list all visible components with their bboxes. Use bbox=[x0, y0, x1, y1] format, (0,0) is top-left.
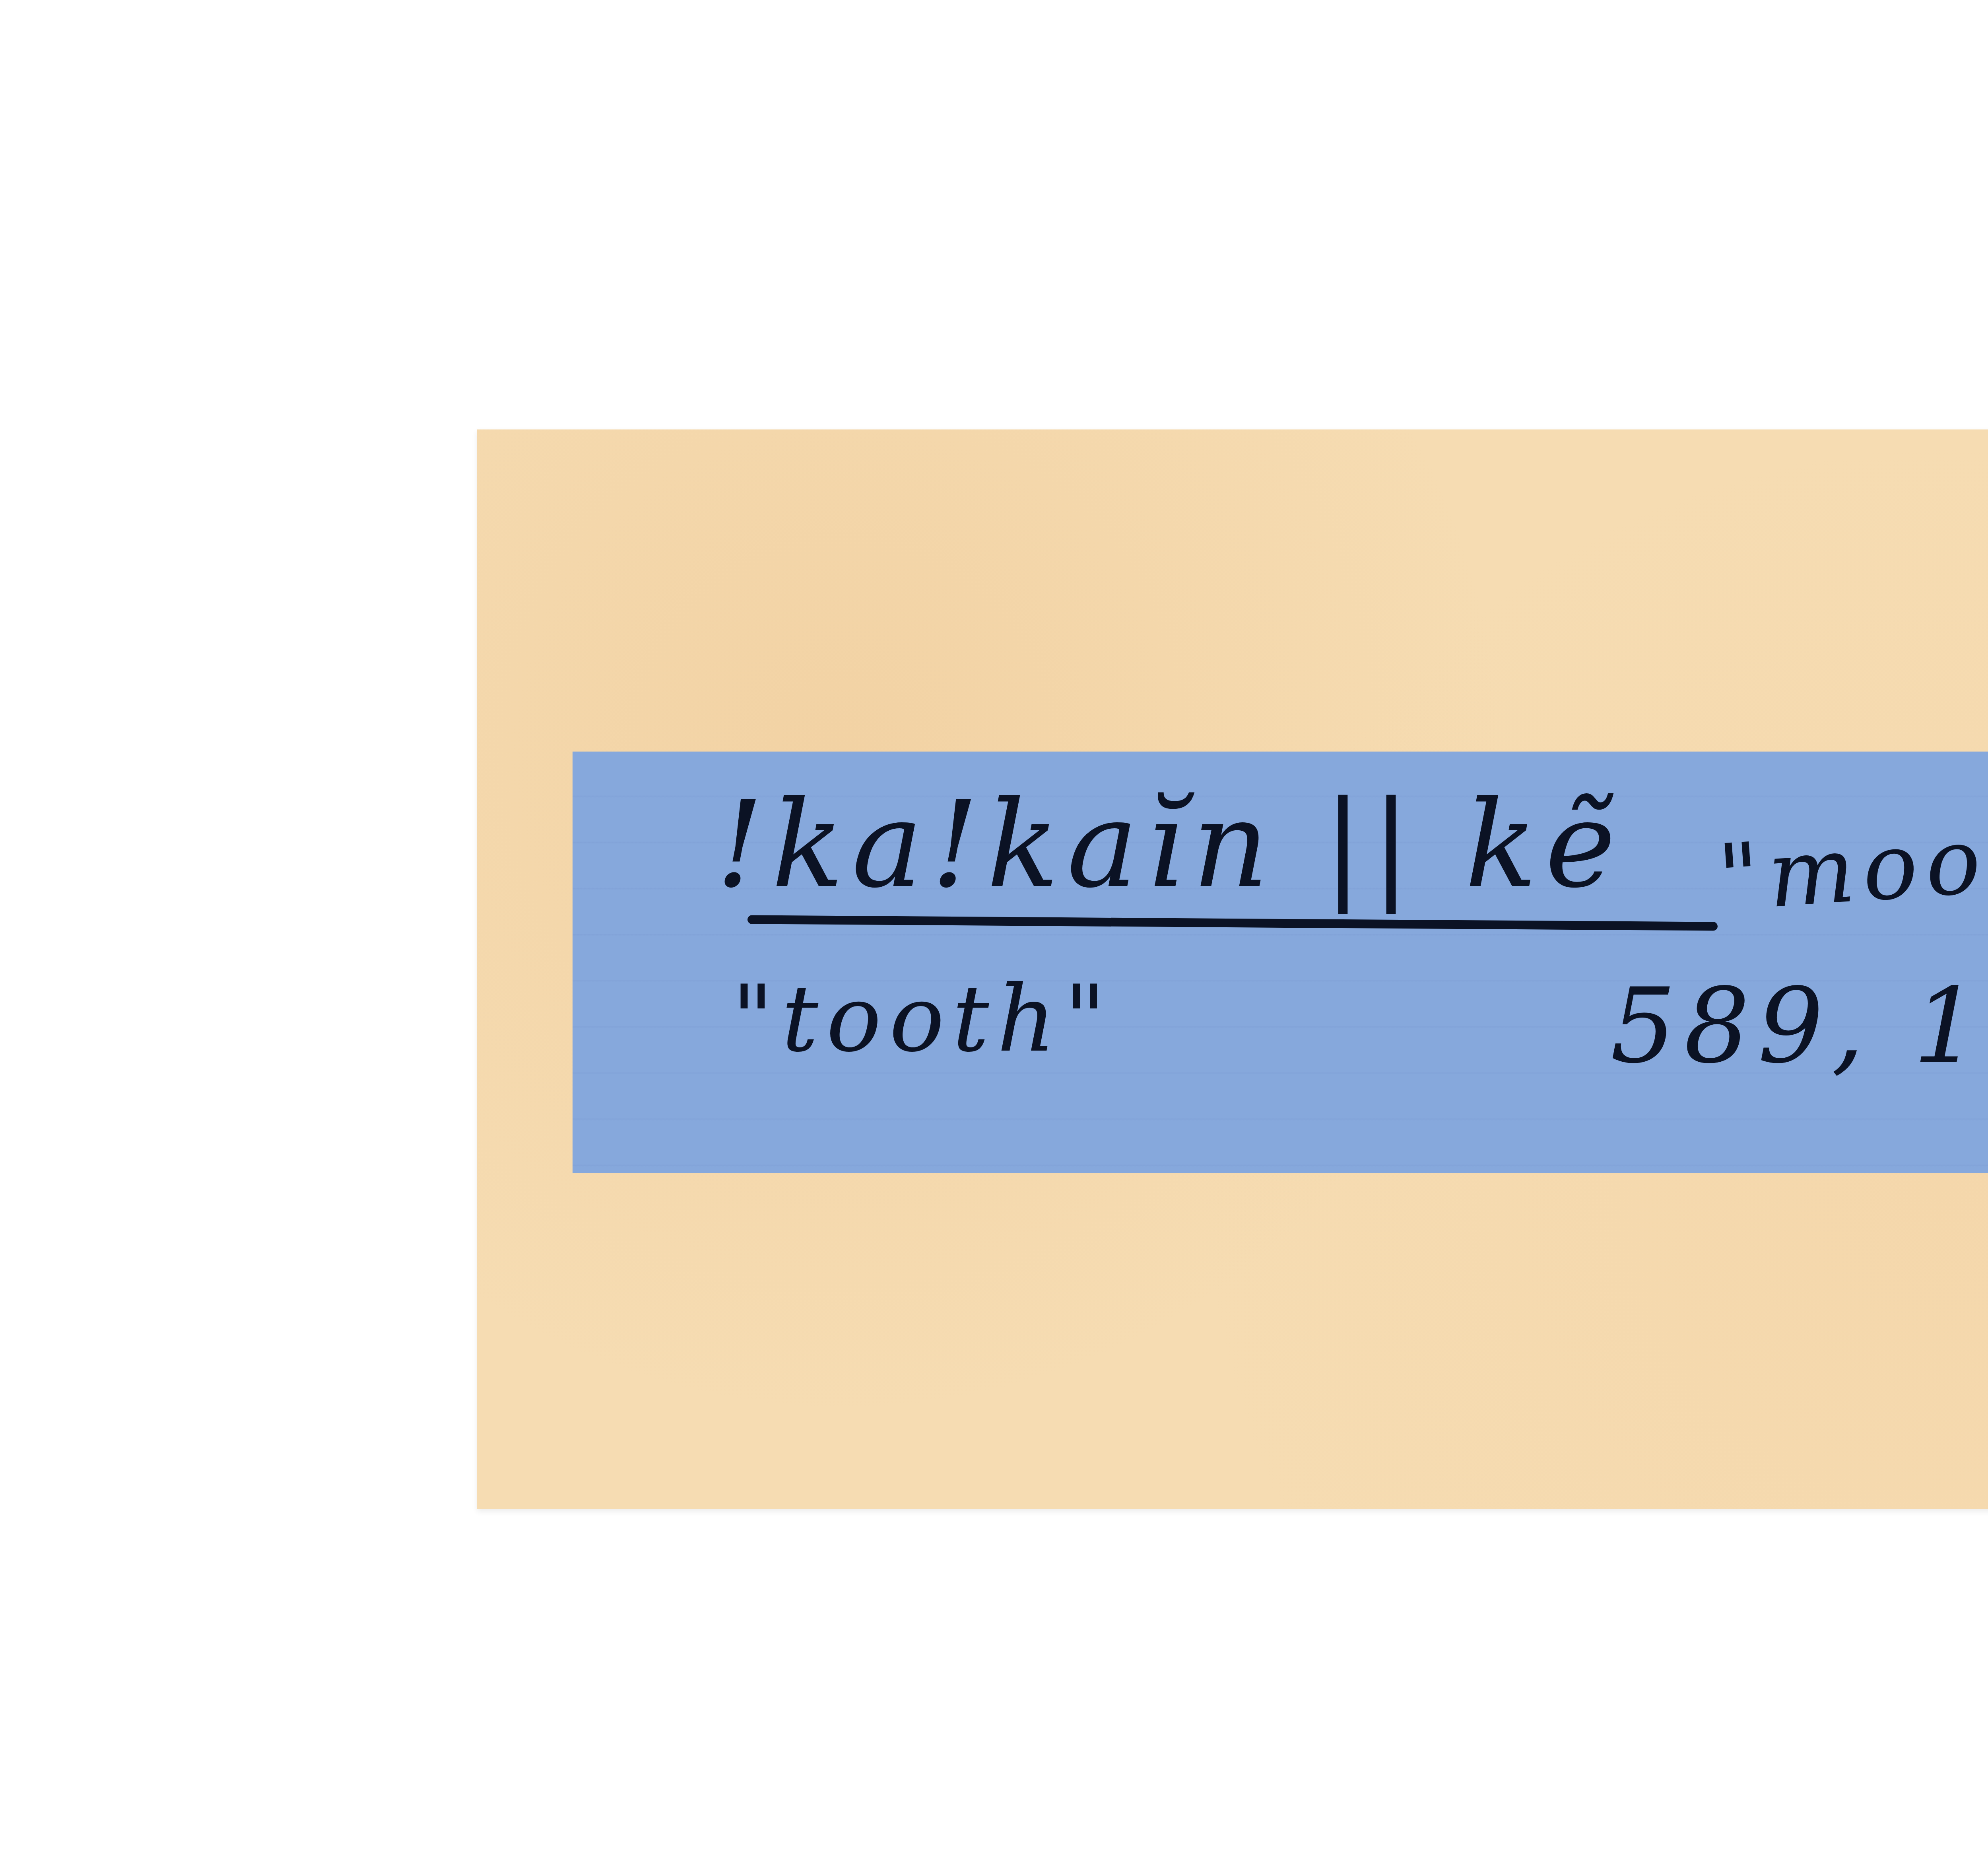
reference-number: 589, 1 bbox=[1610, 966, 1987, 1086]
gloss-tooth: "tooth" bbox=[732, 966, 1114, 1072]
headword: !ka!kaĭn || kẽ bbox=[716, 775, 1624, 914]
